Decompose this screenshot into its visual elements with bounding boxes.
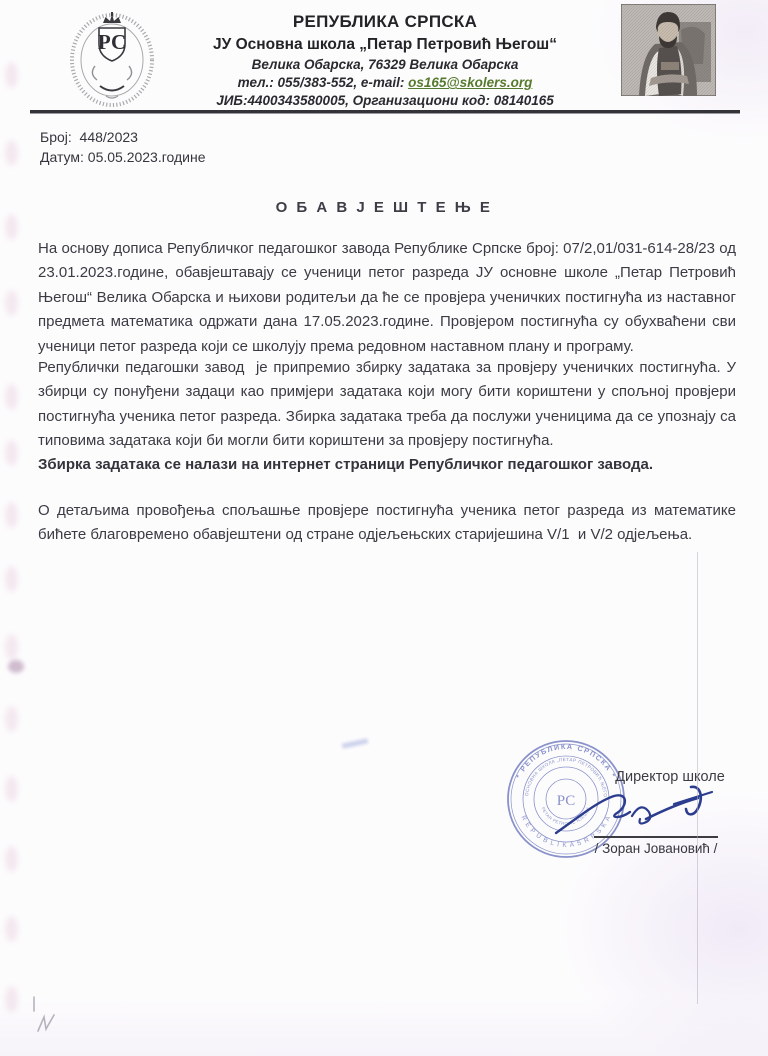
logo-monogram: РС	[98, 30, 126, 54]
school-address: Велика Обарска, 76329 Велика Обарска	[150, 56, 620, 74]
document-number: Број: 448/2023	[40, 127, 206, 147]
scan-smudge	[5, 776, 18, 802]
scan-smudge	[5, 440, 18, 466]
letterhead: РС РЕПУБЛИКА СРПСКА ЈУ Основна школа „Пе…	[0, 0, 768, 110]
contact-line: тел.: 055/383-552, e-mail: os165@skolers…	[150, 74, 620, 92]
document-date: Датум: 05.05.2023.године	[40, 147, 206, 167]
handwritten-signature-icon	[548, 779, 720, 837]
scan-smudge	[5, 140, 18, 166]
paragraph-details: О детаљима провођења спољашње провјере п…	[38, 499, 736, 548]
scan-fold-line	[697, 552, 698, 1004]
scan-smudge	[5, 846, 18, 872]
scan-fleck	[342, 738, 368, 748]
reference-block: Број: 448/2023 Датум: 05.05.2023.године	[40, 127, 206, 167]
scan-smudge	[5, 384, 18, 410]
scan-smudge	[5, 706, 18, 732]
signer-name: / Зоран Јовановић /	[584, 841, 728, 856]
scan-smudge	[5, 290, 18, 316]
scan-smudge	[5, 502, 18, 528]
scan-blob	[8, 660, 24, 673]
scan-smudge	[5, 214, 18, 240]
scan-smudge	[5, 916, 18, 942]
document-title: О Б А В Ј Е Ш Т Е Њ Е	[0, 199, 768, 216]
coat-of-arms-icon: РС	[62, 6, 162, 112]
scan-smudge	[5, 566, 18, 592]
school-name: ЈУ Основна школа „Петар Петровић Његош“	[150, 33, 620, 56]
paragraph-website-note: Збирка задатака се налази на интернет ст…	[38, 453, 736, 477]
jib-line: ЈИБ:4400343580005, Организациони код: 08…	[150, 92, 620, 110]
scan-smudge	[5, 986, 18, 1012]
paragraph-announcement: На основу дописа Републичког педагошког …	[38, 237, 736, 359]
signature-line	[594, 836, 718, 838]
letterhead-text: РЕПУБЛИКА СРПСКА ЈУ Основна школа „Петар…	[150, 10, 620, 110]
document-page: РС РЕПУБЛИКА СРПСКА ЈУ Основна школа „Пе…	[0, 0, 768, 1056]
email-link[interactable]: os165@skolers.org	[408, 75, 532, 90]
scan-smudge	[5, 634, 18, 660]
republic-name: РЕПУБЛИКА СРПСКА	[150, 10, 620, 33]
paragraph-task-collection: Републички педагошки завод је припремио …	[38, 356, 736, 454]
header-divider	[30, 110, 740, 114]
phone-label: тел.: 055/383-552, e-mail:	[238, 75, 408, 90]
pencil-marks	[28, 993, 72, 1037]
njegos-portrait-image	[621, 4, 716, 96]
